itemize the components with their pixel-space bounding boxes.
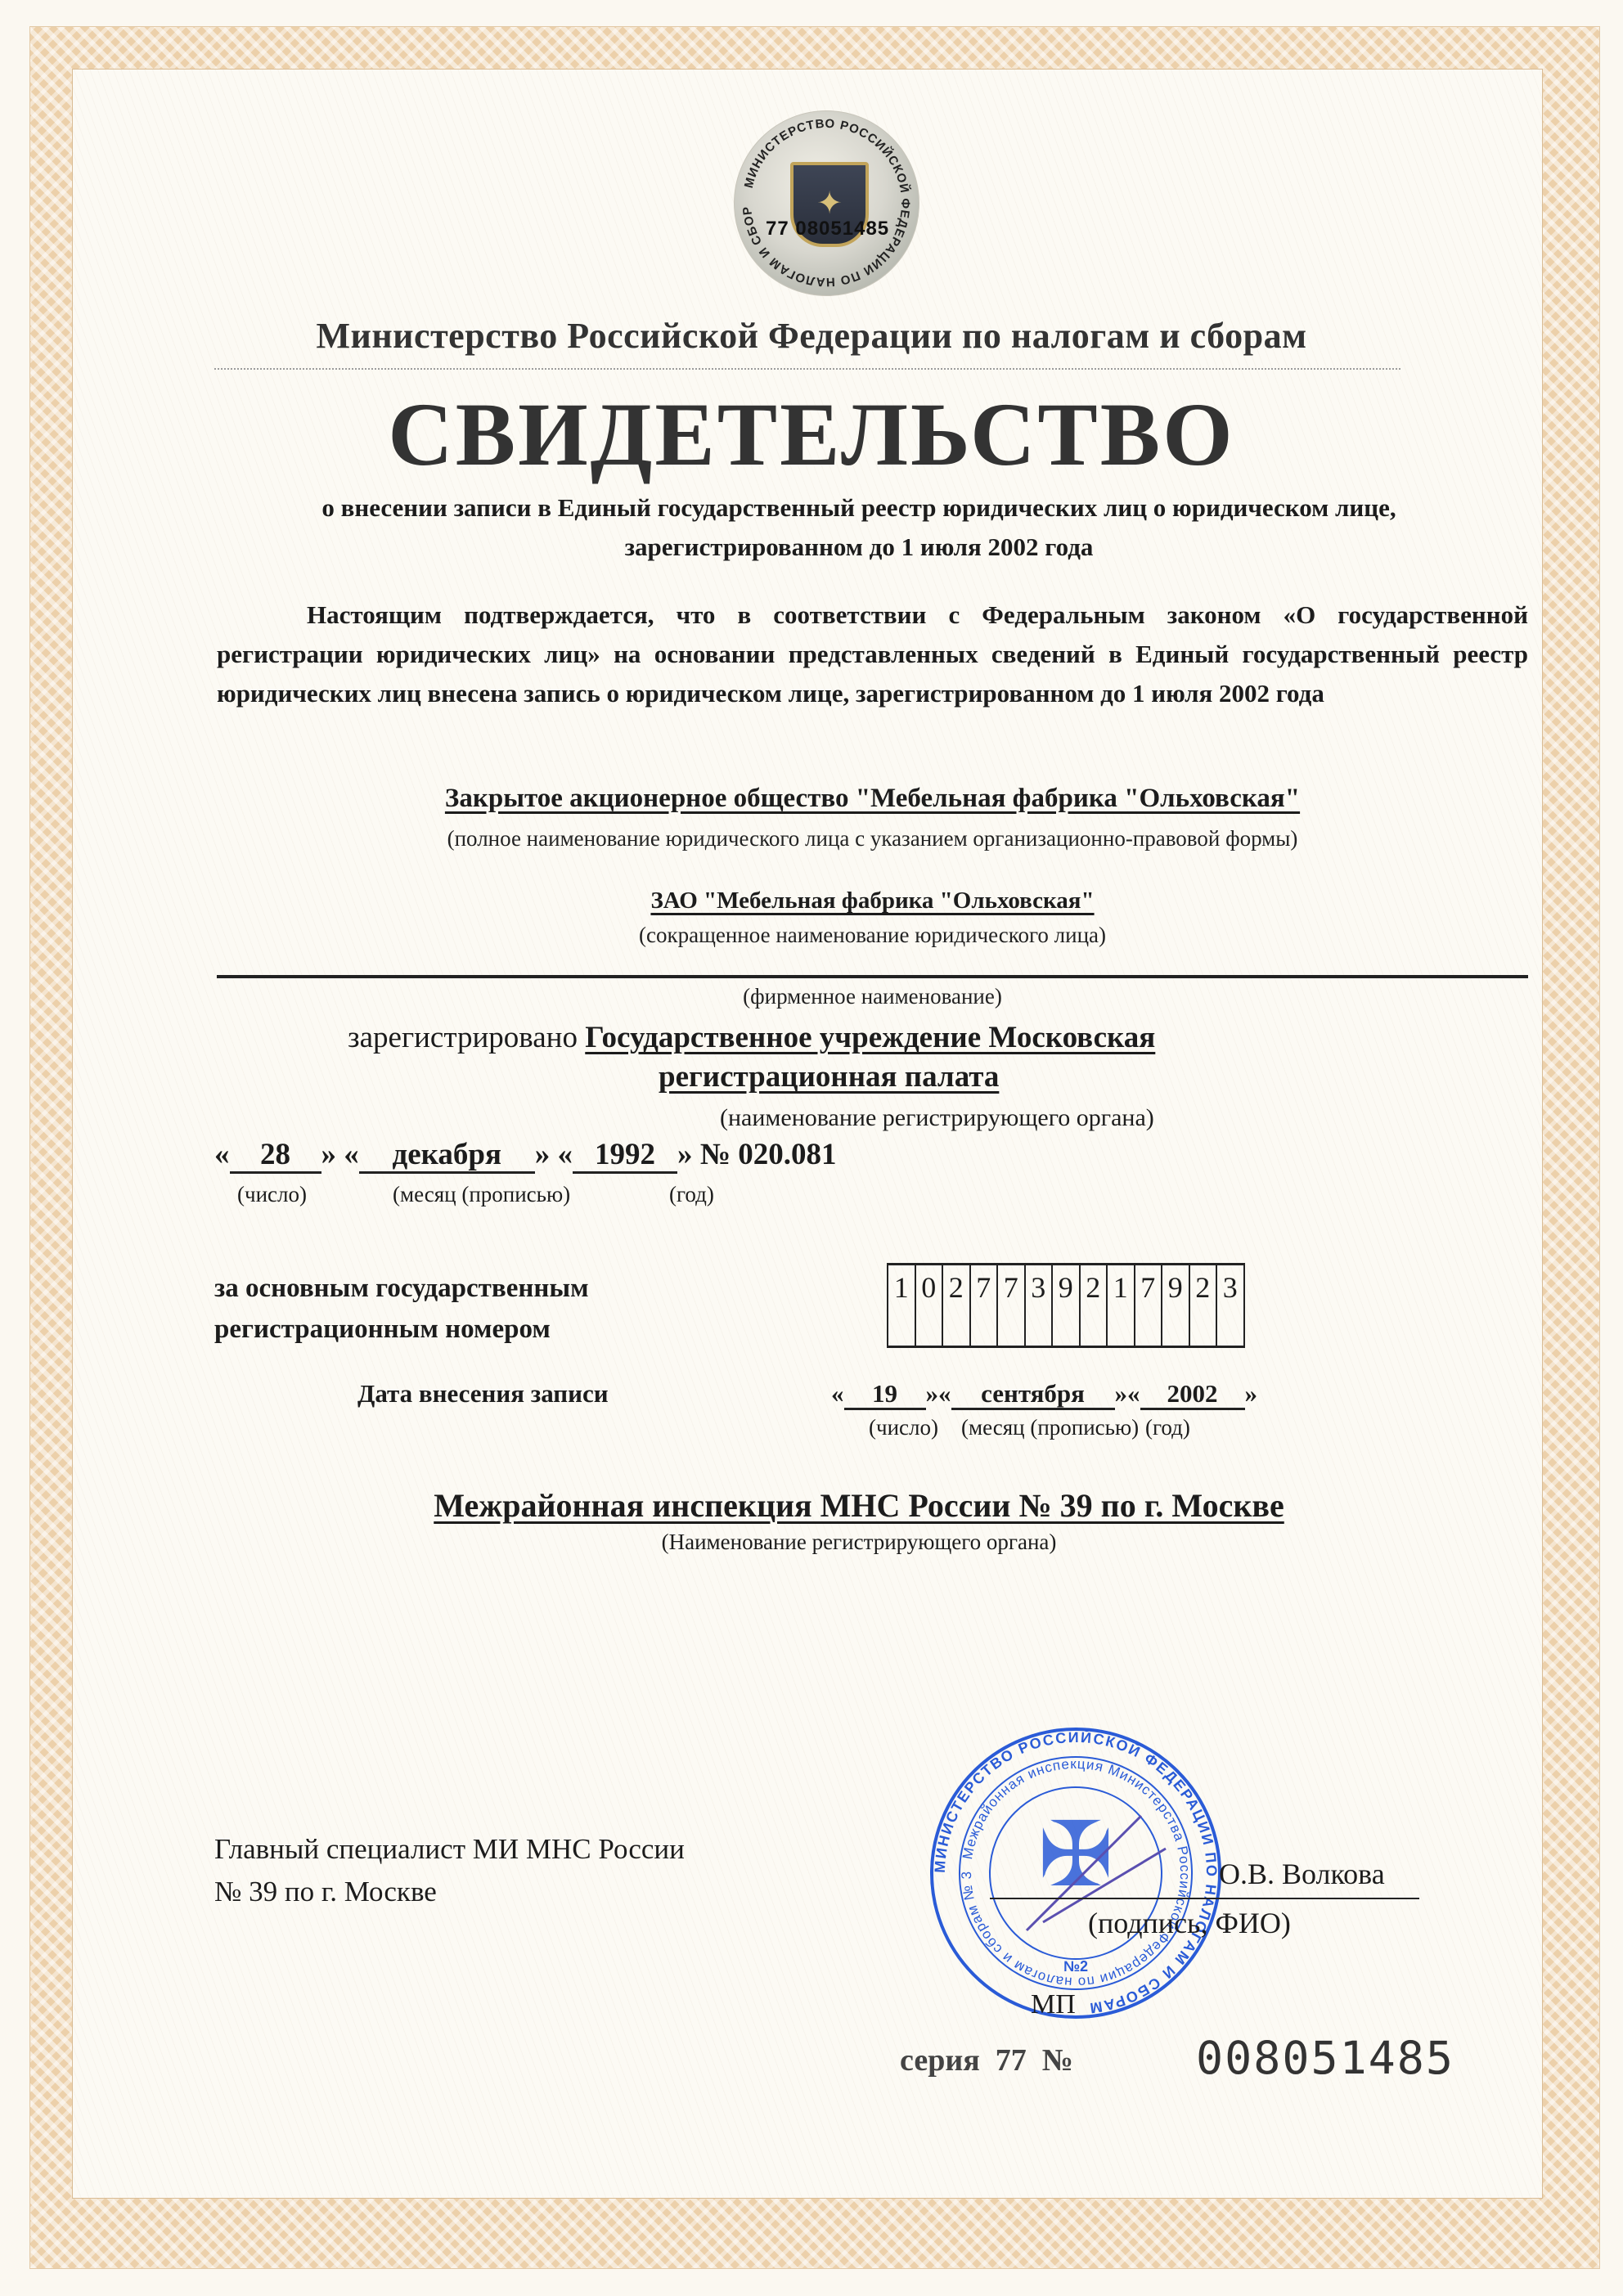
entry-date: «19»«сентября»«2002»	[831, 1379, 1257, 1410]
registration-day: 28	[230, 1139, 321, 1174]
authority-name-line2: регистрационная палата	[659, 1059, 999, 1094]
brand-name-hint: (фирменное наименование)	[217, 984, 1528, 1009]
signature-line	[990, 1898, 1419, 1899]
hologram-seal: МИНИСТЕРСТВО РОССИЙСКОЙ ФЕДЕРАЦИИ ПО НАЛ…	[734, 110, 919, 296]
ogrn-label: за основным государственным регистрацион…	[214, 1268, 589, 1350]
series-code: 77	[996, 2043, 1027, 2078]
document-title: СВИДЕТЕЛЬСТВО	[180, 383, 1443, 487]
registration-authority-line1: зарегистрировано Государственное учрежде…	[348, 1017, 1155, 1059]
short-name-field: ЗАО "Мебельная фабрика "Ольховская"	[217, 887, 1528, 914]
signer-title: Главный специалист МИ МНС России № 39 по…	[214, 1828, 685, 1913]
registered-prefix: зарегистрировано	[348, 1021, 578, 1054]
ogrn-digit: 3	[1217, 1265, 1245, 1346]
ogrn-digit: 7	[1135, 1265, 1163, 1346]
ogrn-digit: 2	[1190, 1265, 1218, 1346]
ogrn-digit: 1	[1108, 1265, 1135, 1346]
registration-date: «28» «декабря» «1992» № 020.081	[214, 1137, 836, 1174]
ogrn-digit: 2	[1081, 1265, 1108, 1346]
ogrn-digit: 9	[1053, 1265, 1081, 1346]
number-sign: №	[700, 1138, 731, 1171]
ogrn-digit-boxes: 1027739217923	[887, 1263, 1245, 1348]
divider	[214, 368, 1400, 370]
full-name-value: Закрытое акционерное общество "Мебельная…	[445, 784, 1300, 813]
ogrn-digit: 0	[916, 1265, 944, 1346]
document-subtitle: о внесении записи в Единый государственн…	[205, 488, 1513, 567]
ogrn-digit: 2	[943, 1265, 971, 1346]
certificate-number: 008051485	[1196, 2032, 1454, 2084]
series-label: серия 77 №	[900, 2042, 1073, 2078]
hologram-number: 77 08051485	[766, 218, 889, 240]
inspection-hint: (Наименование регистрирующего органа)	[205, 1530, 1513, 1555]
eagle-icon: ✦	[794, 185, 865, 222]
ogrn-digit: 1	[888, 1265, 916, 1346]
registration-number: 020.081	[738, 1138, 836, 1171]
short-name-hint: (сокращенное наименование юридического л…	[217, 923, 1528, 948]
confirmation-paragraph: Настоящим подтверждается, что в соответс…	[217, 595, 1528, 713]
signature-hint: (подпись, ФИО)	[1088, 1906, 1291, 1940]
entry-day: 19	[844, 1380, 926, 1410]
authority-hint: (наименование регистрирующего органа)	[720, 1104, 1154, 1132]
ogrn-digit: 7	[998, 1265, 1026, 1346]
official-stamp: МИНИСТЕРСТВО РОССИЙСКОЙ ФЕДЕРАЦИИ ПО НАЛ…	[928, 1726, 1223, 2020]
full-name-field: Закрытое акционерное общество "Мебельная…	[217, 784, 1528, 814]
brand-name-blank-line	[217, 975, 1528, 978]
entry-date-label: Дата внесения записи	[357, 1379, 609, 1409]
ogrn-digit: 3	[1026, 1265, 1054, 1346]
short-name-value: ЗАО "Мебельная фабрика "Ольховская"	[650, 887, 1094, 914]
full-name-hint: (полное наименование юридического лица с…	[217, 826, 1528, 851]
ogrn-digit: 9	[1162, 1265, 1190, 1346]
signer-name: О.В. Волкова	[1219, 1857, 1385, 1891]
entry-month: сентября	[951, 1380, 1115, 1410]
ogrn-digit: 7	[971, 1265, 999, 1346]
registration-year: 1992	[573, 1139, 677, 1174]
ministry-heading: Министерство Российской Федерации по нал…	[180, 315, 1443, 357]
entry-year: 2002	[1140, 1380, 1245, 1410]
inspection-name: Межрайонная инспекция МНС России № 39 по…	[205, 1486, 1513, 1525]
authority-name-line1: Государственное учреждение Московская	[585, 1021, 1155, 1054]
seal-place-label: МП	[1031, 1989, 1076, 2020]
svg-text:№2: №2	[1063, 1958, 1088, 1975]
registration-month: декабря	[359, 1139, 535, 1174]
